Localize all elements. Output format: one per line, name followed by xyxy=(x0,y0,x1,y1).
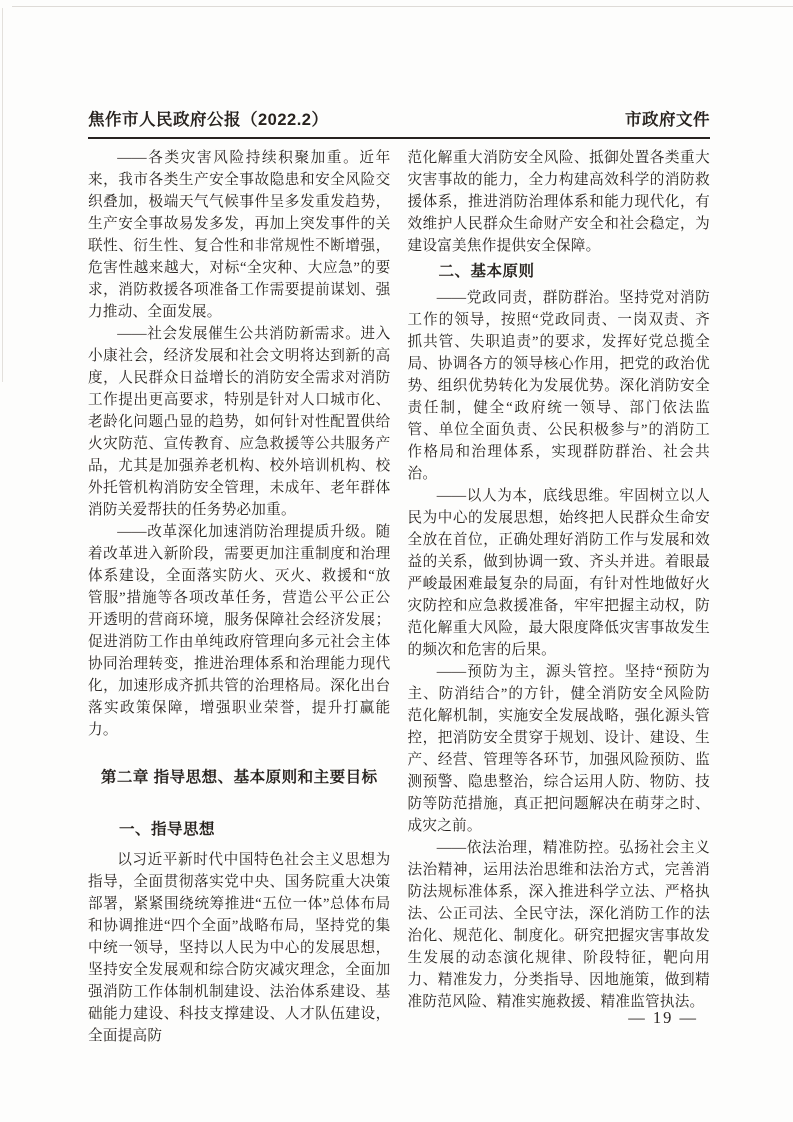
paragraph-social-development: ——社会发展催生公共消防新需求。进入小康社会，经济发展和社会文明将达到新的高度，… xyxy=(88,323,391,521)
paragraph-reform-deepening: ——改革深化加速消防治理提质升级。随着改革进入新阶段，需要更加注重制度和治理体系… xyxy=(88,521,391,741)
chapter-2-heading: 第二章 指导思想、基本原则和主要目标 xyxy=(88,767,391,789)
right-column: 范化解重大消防安全风险、抵御处置各类重大灾害事故的能力，全力构建高效科学的消防救… xyxy=(408,147,711,1047)
page-number: — 19 — xyxy=(628,1006,698,1030)
document-body: ——各类灾害风险持续积聚加重。近年来，我市各类生产安全事故隐患和安全风险交织叠加… xyxy=(88,147,710,1047)
paragraph-rule-of-law: ——依法治理，精准防控。弘扬社会主义法治精神，运用法治思维和法治方式，完善消防法… xyxy=(408,837,711,1013)
page-header: 焦作市人民政府公报（2022.2） 市政府文件 xyxy=(88,106,710,139)
paragraph-guiding-ideology: 以习近平新时代中国特色社会主义思想为指导，全面贯彻落实党中央、国务院重大决策部署… xyxy=(88,849,391,1047)
scan-edge-left xyxy=(2,8,3,382)
scan-edge-top xyxy=(12,6,793,7)
section-2-basic-principles-heading: 二、基本原则 xyxy=(408,261,711,283)
paragraph-party-government-responsibility: ——党政同责，群防群治。坚持党对消防工作的领导，按照“党政同责、一岗双责、齐抓共… xyxy=(408,287,711,485)
paragraph-people-first: ——以人为本，底线思维。牢固树立以人民为中心的发展思想，始终把人民群众生命安全放… xyxy=(408,485,711,661)
gazette-page: 焦作市人民政府公报（2022.2） 市政府文件 ——各类灾害风险持续积聚加重。近… xyxy=(0,0,793,1122)
left-column: ——各类灾害风险持续积聚加重。近年来，我市各类生产安全事故隐患和安全风险交织叠加… xyxy=(88,147,391,1047)
gazette-title: 焦作市人民政府公报（2022.2） xyxy=(88,106,328,130)
document-category-label: 市政府文件 xyxy=(625,106,710,130)
paragraph-continuation: 范化解重大消防安全风险、抵御处置各类重大灾害事故的能力，全力构建高效科学的消防救… xyxy=(408,147,711,257)
paragraph-disaster-risk: ——各类灾害风险持续积聚加重。近年来，我市各类生产安全事故隐患和安全风险交织叠加… xyxy=(88,147,391,323)
paragraph-prevention-first: ——预防为主，源头管控。坚持“预防为主、防消结合”的方针，健全消防安全风险防范化… xyxy=(408,661,711,837)
section-1-guiding-ideology-heading: 一、指导思想 xyxy=(88,819,391,841)
